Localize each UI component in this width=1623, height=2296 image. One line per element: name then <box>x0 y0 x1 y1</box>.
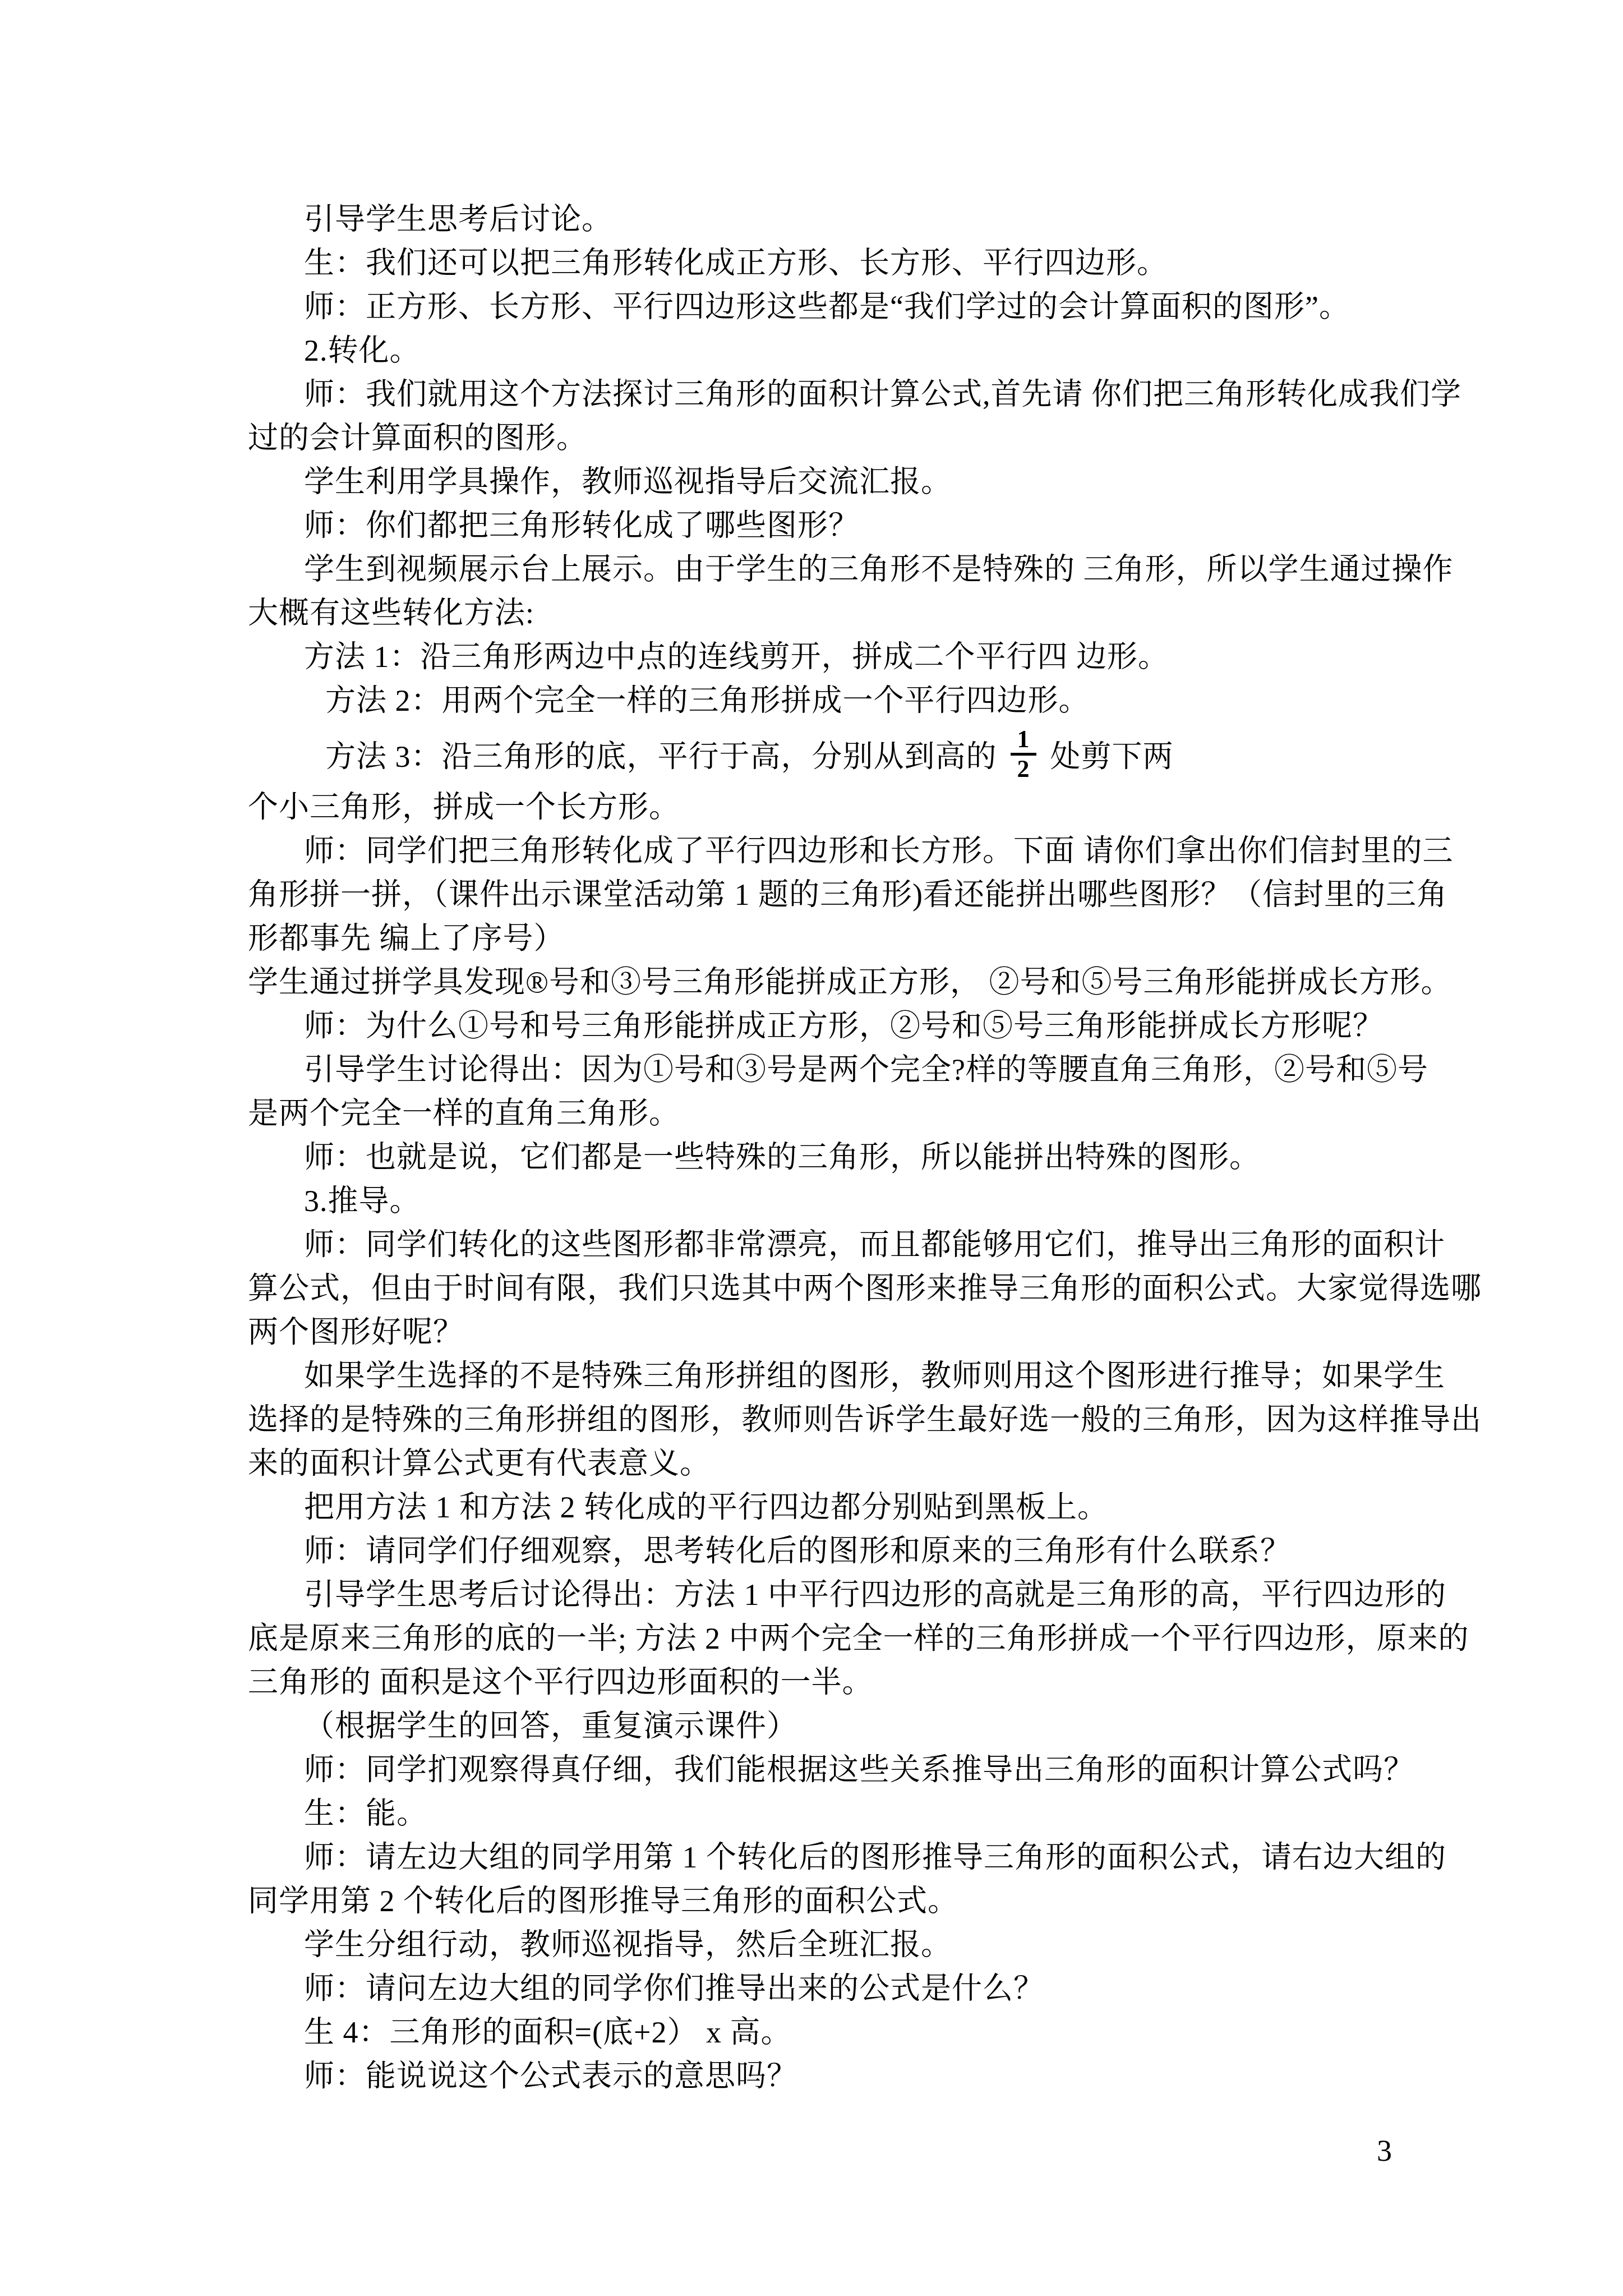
document-body: 引导学生思考后讨论。生：我们还可以把三角形转化成正方形、长方形、平行四边形。师：… <box>248 197 1431 2098</box>
fraction-denominator: 2 <box>1017 757 1030 781</box>
text-line: 方法 1：沿三角形两边中点的连线剪开，拼成二个平行四 边形。 <box>248 635 1431 679</box>
text-line: 师：正方形、长方形、平行四边形这些都是“我们学过的会计算面积的图形”。 <box>248 285 1431 329</box>
text-line: 算公式，但由于时间有限，我们只选其中两个图形来推导三角形的面积公式。大家觉得选哪 <box>248 1267 1431 1310</box>
text-line: 两个图形好呢？ <box>248 1310 1431 1354</box>
text-line: 学生通过拼学具发现®号和③号三角形能拼成正方形， ②号和⑤号三角形能拼成长方形。 <box>248 960 1431 1004</box>
text-line: 师：请左边大组的同学用第 1 个转化后的图形推导三角形的面积公式，请右边大组的 <box>248 1835 1431 1879</box>
text-line: 师：请同学们仔细观察，思考转化后的图形和原来的三角形有什么联系？ <box>248 1529 1431 1573</box>
text-line: 生：能。 <box>248 1792 1431 1835</box>
text-line: 底是原来三角形的底的一半; 方法 2 中两个完全一样的三角形拼成一个平行四边形，… <box>248 1617 1431 1660</box>
text-line: 生 4：三角形的面积=(底+2） x 高。 <box>248 2010 1431 2054</box>
text-line: 师：同学们把三角形转化成了平行四边形和长方形。下面 请你们拿出你们信封里的三 <box>248 829 1431 873</box>
text-line: 师：请问左边大组的同学你们推导出来的公式是什么？ <box>248 1967 1431 2010</box>
text-line: 方法 3：沿三角形的底，平行于高，分别从到高的 12 处剪下两 <box>248 723 1431 785</box>
text-line: 引导学生思考后讨论得出：方法 1 中平行四边形的高就是三角形的高，平行四边形的 <box>248 1573 1431 1617</box>
page-number: 3 <box>1377 2129 1392 2173</box>
text-segment: 处剪下两 <box>1042 733 1174 776</box>
text-line: 方法 2：用两个完全一样的三角形拼成一个平行四边形。 <box>248 679 1431 723</box>
fraction-one-half: 12 <box>1011 727 1036 781</box>
text-line: 三角形的 面积是这个平行四边形面积的一半。 <box>248 1660 1431 1704</box>
text-line: （根据学生的回答，重复演示课件） <box>248 1704 1431 1748</box>
text-line: 师：同学们转化的这些图形都非常漂亮，而且都能够用它们，推导出三角形的面积计 <box>248 1223 1431 1267</box>
text-line: 3.推导。 <box>248 1179 1431 1223</box>
text-line: 师：你们都把三角形转化成了哪些图形？ <box>248 504 1431 547</box>
text-line: 来的面积计算公式更有代表意义。 <box>248 1442 1431 1485</box>
text-line: 同学用第 2 个转化后的图形推导三角形的面积公式。 <box>248 1879 1431 1923</box>
text-line: 师：我们就用这个方法探讨三角形的面积计算公式,首先请 你们把三角形转化成我们学 <box>248 372 1431 416</box>
text-line: 如果学生选择的不是特殊三角形拼组的图形，教师则用这个图形进行推导；如果学生 <box>248 1354 1431 1398</box>
text-line: 过的会计算面积的图形。 <box>248 416 1431 460</box>
text-line: 学生利用学具操作，教师巡视指导后交流汇报。 <box>248 460 1431 504</box>
text-line: 师：也就是说，它们都是一些特殊的三角形，所以能拼出特殊的图形。 <box>248 1135 1431 1179</box>
text-line: 个小三角形，拼成一个长方形。 <box>248 785 1431 829</box>
fraction-numerator: 1 <box>1017 727 1030 752</box>
document-page: 引导学生思考后讨论。生：我们还可以把三角形转化成正方形、长方形、平行四边形。师：… <box>0 0 1623 2296</box>
text-line: 形都事先 编上了序号） <box>248 917 1431 960</box>
text-line: 学生到视频展示台上展示。由于学生的三角形不是特殊的 三角形，所以学生通过操作 <box>248 547 1431 591</box>
text-line: 2.转化。 <box>248 329 1431 372</box>
text-line: 师：同学扪观察得真仔细，我们能根据这些关系推导出三角形的面积计算公式吗？ <box>248 1748 1431 1792</box>
text-line: 把用方法 1 和方法 2 转化成的平行四边都分别贴到黑板上。 <box>248 1485 1431 1529</box>
text-line: 生：我们还可以把三角形转化成正方形、长方形、平行四边形。 <box>248 241 1431 285</box>
text-line: 师：为什么①号和号三角形能拼成正方形，②号和⑤号三角形能拼成长方形呢？ <box>248 1004 1431 1048</box>
text-segment: 方法 3：沿三角形的底，平行于高，分别从到高的 <box>325 733 1005 776</box>
text-line: 引导学生思考后讨论。 <box>248 197 1431 241</box>
text-line: 是两个完全一样的直角三角形。 <box>248 1092 1431 1135</box>
text-line: 引导学生讨论得出：因为①号和③号是两个完全?样的等腰直角三角形，②号和⑤号 <box>248 1048 1431 1092</box>
text-line: 大概有这些转化方法: <box>248 591 1431 635</box>
text-line: 选择的是特殊的三角形拼组的图形，教师则告诉学生最好选一般的三角形，因为这样推导出 <box>248 1398 1431 1442</box>
text-line: 角形拼一拼，（课件出示课堂活动第 1 题的三角形)看还能拼出哪些图形？（信封里的… <box>248 873 1431 917</box>
text-line: 师：能说说这个公式表示的意思吗？ <box>248 2054 1431 2098</box>
text-line: 学生分组行动，教师巡视指导，然后全班汇报。 <box>248 1923 1431 1967</box>
